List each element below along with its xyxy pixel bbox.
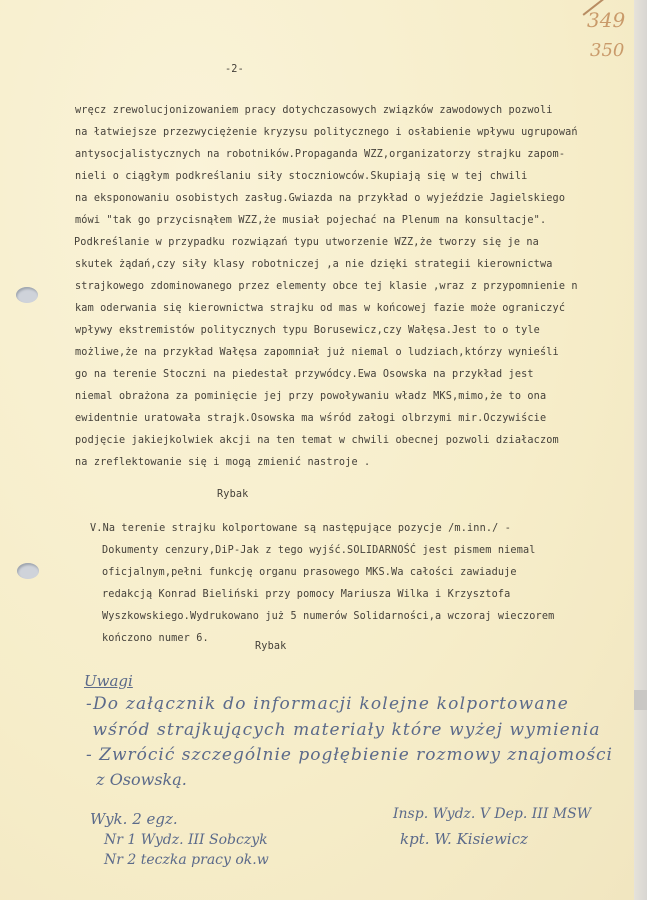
note-line: z Osowską. bbox=[86, 770, 187, 789]
text-line: możliwe,że na przykład Wałęsa zapomniał … bbox=[75, 346, 559, 359]
text-line: Dokumenty cenzury,DiP-Jak z tego wyjść.S… bbox=[102, 544, 536, 557]
notes-heading: Uwagi bbox=[84, 672, 133, 690]
punch-hole-bottom bbox=[17, 563, 39, 579]
note-line: - Zwrócić szczególnie pogłębienie rozmow… bbox=[86, 745, 613, 765]
issuer-line: kpt. W. Kisiewicz bbox=[400, 830, 528, 848]
text-line: Wyszkowskiego.Wydrukowano już 5 numerów … bbox=[102, 610, 554, 623]
text-line: mówi "tak go przycisnąłem WZZ,że musiał … bbox=[75, 214, 546, 227]
document-page: 349 350 -2- wręcz zrewolucjonizowaniem p… bbox=[0, 0, 634, 900]
text-line: na zreflektowanie się i mogą zmienić nas… bbox=[75, 456, 370, 469]
note-line: wśród strajkujących materiały które wyże… bbox=[86, 720, 601, 740]
distribution-line: Nr 2 teczka pracy ok.w bbox=[104, 852, 269, 868]
text-line: V.Na terenie strajku kolportowane są nas… bbox=[90, 522, 511, 535]
text-line: niemal obrażona za pominięcie jej przy p… bbox=[75, 390, 546, 403]
text-line: Podkreślanie w przypadku rozwiązań typu … bbox=[74, 236, 539, 249]
text-line: redakcją Konrad Bieliński przy pomocy Ma… bbox=[102, 588, 510, 601]
signature-rybak-1: Rybak bbox=[217, 488, 248, 501]
page-edge-notch bbox=[634, 690, 647, 710]
punch-hole-top bbox=[16, 287, 38, 303]
text-line: oficjalnym,pełni funkcję organu prasoweg… bbox=[102, 566, 517, 579]
text-line: wręcz zrewolucjonizowaniem pracy dotychc… bbox=[75, 104, 553, 117]
text-line: antysocjalistycznych na robotników.Propa… bbox=[75, 148, 565, 161]
text-line: strajkowego zdominowanego przez elementy… bbox=[75, 280, 578, 293]
page-edge-background bbox=[634, 0, 647, 900]
text-line: kończono numer 6. bbox=[102, 632, 209, 645]
distribution-line: Nr 1 Wydz. III Sobczyk bbox=[104, 832, 268, 848]
archive-number-old: 349 bbox=[587, 8, 625, 32]
signature-rybak-2: Rybak bbox=[255, 640, 286, 653]
distribution-title: Wyk. 2 egz. bbox=[90, 810, 178, 828]
text-line: kam oderwania się kierownictwa strajku o… bbox=[75, 302, 565, 315]
text-line: ewidentnie uratowała strajk.Osowska ma w… bbox=[75, 412, 546, 425]
issuer-line: Insp. Wydz. V Dep. III MSW bbox=[393, 806, 591, 822]
text-line: podjęcie jakiejkolwiek akcji na ten tema… bbox=[75, 434, 559, 447]
text-line: skutek żądań,czy siły klasy robotniczej … bbox=[75, 258, 553, 271]
page-number: -2- bbox=[225, 63, 244, 76]
text-line: na eksponowaniu osobistych zasług.Gwiazd… bbox=[75, 192, 565, 205]
note-line: -Do załącznik do informacji kolejne kolp… bbox=[86, 694, 569, 714]
archive-number-new: 350 bbox=[590, 40, 624, 61]
text-line: wpływy ekstremistów politycznych typu Bo… bbox=[75, 324, 540, 337]
text-line: na łatwiejsze przezwyciężenie kryzysu po… bbox=[75, 126, 578, 139]
text-line: go na terenie Stoczni na piedestał przyw… bbox=[75, 368, 534, 381]
text-line: nieli o ciągłym podkreślaniu siły stoczn… bbox=[75, 170, 527, 183]
